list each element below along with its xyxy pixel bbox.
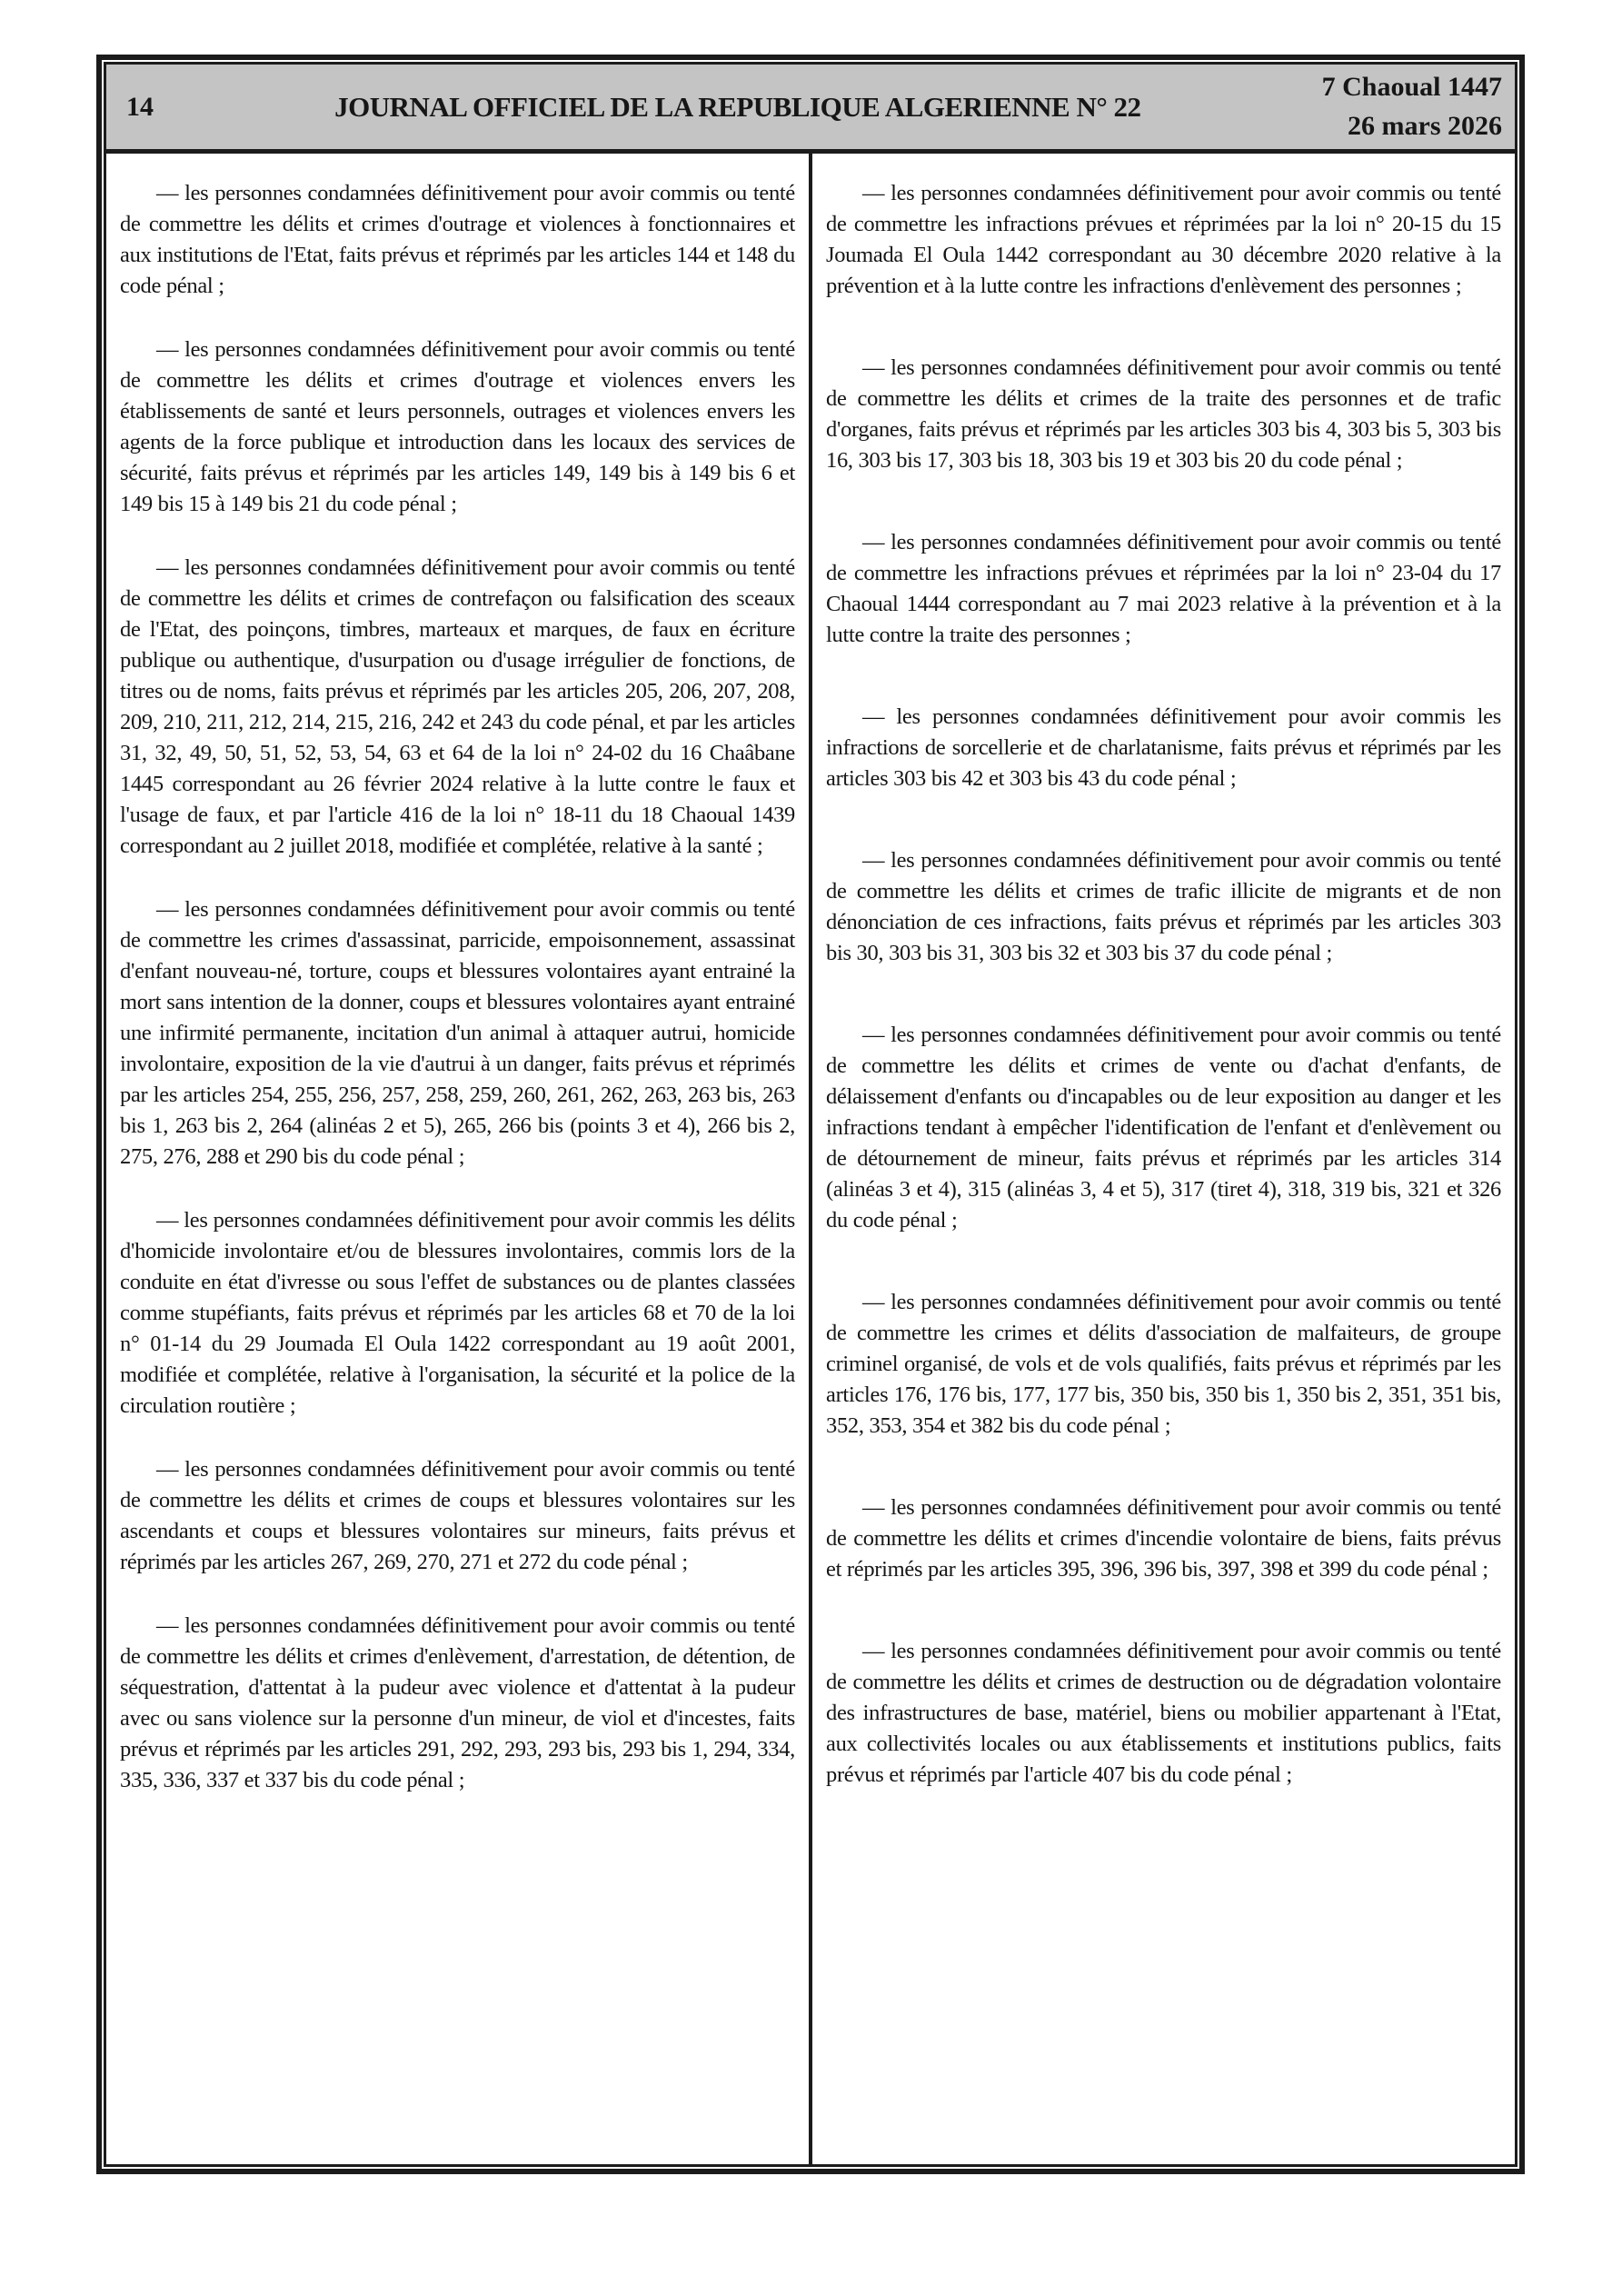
legal-paragraph: — les personnes condamnées définitivemen… <box>120 1205 795 1422</box>
legal-paragraph: — les personnes condamnées définitivemen… <box>120 1454 795 1578</box>
legal-paragraph: — les personnes condamnées définitivemen… <box>826 527 1501 651</box>
right-column: — les personnes condamnées définitivemen… <box>812 154 1515 2164</box>
date-gregorian: 26 mars 2026 <box>1322 107 1502 146</box>
page-body: — les personnes condamnées définitivemen… <box>106 154 1515 2164</box>
legal-paragraph: — les personnes condamnées définitivemen… <box>120 178 795 302</box>
legal-paragraph: — les personnes condamnées définitivemen… <box>826 353 1501 476</box>
date-hijri: 7 Chaoual 1447 <box>1322 68 1502 107</box>
journal-page: 14 JOURNAL OFFICIEL DE LA REPUBLIQUE ALG… <box>0 0 1622 2296</box>
legal-paragraph: — les personnes condamnées définitivemen… <box>826 1492 1501 1585</box>
legal-paragraph: — les personnes condamnées définitivemen… <box>826 178 1501 302</box>
legal-paragraph: — les personnes condamnées définitivemen… <box>120 894 795 1173</box>
left-column: — les personnes condamnées définitivemen… <box>106 154 809 2164</box>
legal-paragraph: — les personnes condamnées définitivemen… <box>826 1636 1501 1791</box>
header-dates: 7 Chaoual 1447 26 mars 2026 <box>1322 68 1515 145</box>
legal-paragraph: — les personnes condamnées définitivemen… <box>826 1287 1501 1442</box>
legal-paragraph: — les personnes condamnées définitivemen… <box>120 334 795 520</box>
page-frame-inner: 14 JOURNAL OFFICIEL DE LA REPUBLIQUE ALG… <box>104 62 1518 2167</box>
legal-paragraph: — les personnes condamnées définitivemen… <box>826 702 1501 794</box>
page-header: 14 JOURNAL OFFICIEL DE LA REPUBLIQUE ALG… <box>106 65 1515 154</box>
legal-paragraph: — les personnes condamnées définitivemen… <box>120 1611 795 1796</box>
page-frame: 14 JOURNAL OFFICIEL DE LA REPUBLIQUE ALG… <box>96 55 1525 2174</box>
journal-title: JOURNAL OFFICIEL DE LA REPUBLIQUE ALGERI… <box>154 91 1322 124</box>
legal-paragraph: — les personnes condamnées définitivemen… <box>120 553 795 862</box>
page-number: 14 <box>106 92 154 123</box>
legal-paragraph: — les personnes condamnées définitivemen… <box>826 845 1501 969</box>
legal-paragraph: — les personnes condamnées définitivemen… <box>826 1020 1501 1236</box>
